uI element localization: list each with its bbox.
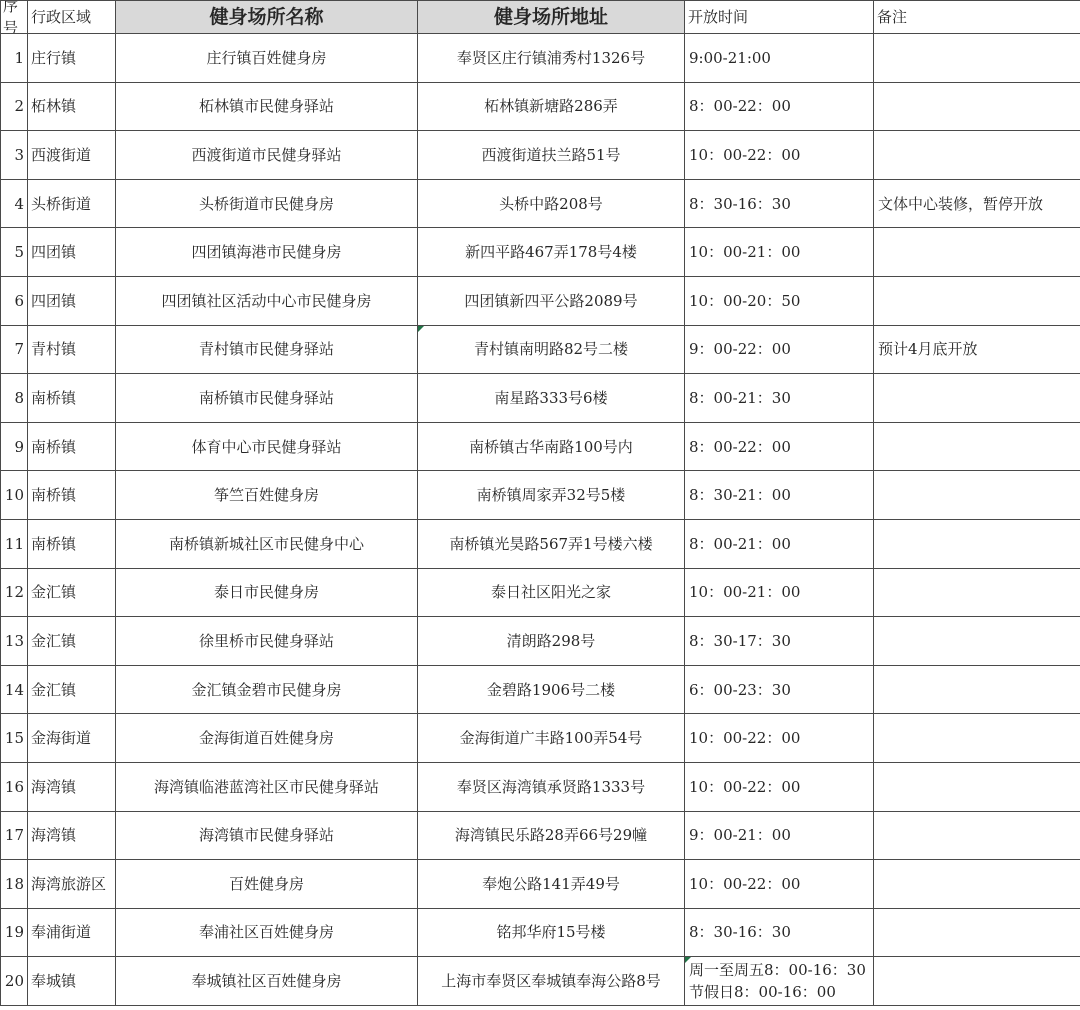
cell-text: 10：00-21：00: [689, 581, 800, 603]
cell-text: 金汇镇金碧市民健身房: [191, 679, 341, 701]
cell-text: 9: [14, 436, 24, 458]
cell-text: 百姓健身房: [229, 873, 304, 895]
cell-text: 8：00-22：00: [689, 95, 791, 117]
cell-text: 西渡街道市民健身驿站: [191, 144, 341, 166]
cell-text: 6：00-23：30: [689, 679, 791, 701]
cell-text: 柘林镇: [31, 95, 76, 117]
cell-address-row-7: 青村镇南明路82号二楼: [418, 326, 685, 375]
cell-text: 徐里桥市民健身驿站: [199, 630, 334, 652]
cell-text: 8：30-21：00: [689, 484, 791, 506]
cell-district-row-10: 南桥镇: [28, 471, 116, 520]
cell-num-row-6: 6: [1, 277, 28, 326]
cell-text: 南桥镇: [31, 533, 76, 555]
cell-address-row-15: 金海街道广丰路100弄54号: [418, 714, 685, 763]
cell-num-row-17: 17: [1, 812, 28, 861]
cell-remark-row-16: [874, 763, 1080, 812]
cell-remark-row-14: [874, 666, 1080, 715]
cell-text: 13: [5, 630, 24, 652]
cell-hours-row-11: 8：00-21：00: [685, 520, 874, 569]
cell-text: 头桥街道市民健身房: [199, 193, 334, 215]
cell-name-row-4: 头桥街道市民健身房: [116, 180, 418, 229]
cell-district-row-15: 金海街道: [28, 714, 116, 763]
cell-name-row-8: 南桥镇市民健身驿站: [116, 374, 418, 423]
cell-text: 四团镇: [31, 290, 76, 312]
cell-text: 上海市奉贤区奉城镇奉海公路8号: [441, 970, 661, 992]
cell-hours-row-14: 6：00-23：30: [685, 666, 874, 715]
cell-num-row-15: 15: [1, 714, 28, 763]
cell-remark-row-2: [874, 83, 1080, 132]
cell-remark-row-1: [874, 34, 1080, 83]
cell-text: 金海街道百姓健身房: [199, 727, 334, 749]
cell-name-row-18: 百姓健身房: [116, 860, 418, 909]
cell-text: 海湾镇市民健身驿站: [199, 824, 334, 846]
cell-hours-row-20: 周一至周五8：00-16：30节假日8：00-16：00: [685, 957, 874, 1006]
cell-text: 头桥街道: [31, 193, 91, 215]
cell-text: 金汇镇: [31, 581, 76, 603]
cell-text: 6: [14, 290, 24, 312]
cell-text: 14: [5, 679, 24, 701]
cell-hours-row-8: 8：00-21：30: [685, 374, 874, 423]
cell-hours-row-19: 8：30-16：30: [685, 909, 874, 958]
cell-text: 金汇镇: [31, 630, 76, 652]
cell-remark-row-9: [874, 423, 1080, 472]
cell-name-row-9: 体育中心市民健身驿站: [116, 423, 418, 472]
cell-name-row-17: 海湾镇市民健身驿站: [116, 812, 418, 861]
cell-num-row-5: 5: [1, 228, 28, 277]
cell-address-row-1: 奉贤区庄行镇浦秀村1326号: [418, 34, 685, 83]
cell-num-row-9: 9: [1, 423, 28, 472]
table-grid: 序号 行政区域 健身场所名称 健身场所地址 开放时间 备注 1庄行镇庄行镇百姓健…: [0, 0, 1080, 1006]
cell-address-row-9: 南桥镇古华南路100号内: [418, 423, 685, 472]
cell-text: 9:00-21:00: [689, 47, 771, 69]
cell-hours-row-12: 10：00-21：00: [685, 569, 874, 618]
cell-num-row-3: 3: [1, 131, 28, 180]
cell-address-row-16: 奉贤区海湾镇承贤路1333号: [418, 763, 685, 812]
cell-name-row-2: 柘林镇市民健身驿站: [116, 83, 418, 132]
cell-text: 1: [14, 47, 24, 69]
cell-hours-row-7: 9：00-22：00: [685, 326, 874, 375]
cell-district-row-18: 海湾旅游区: [28, 860, 116, 909]
cell-text: 19: [5, 921, 24, 943]
cell-address-row-12: 泰日社区阳光之家: [418, 569, 685, 618]
cell-hours-row-3: 10：00-22：00: [685, 131, 874, 180]
cell-address-row-17: 海湾镇民乐路28弄66号29幢: [418, 812, 685, 861]
cell-text: 南桥镇新城社区市民健身中心: [169, 533, 364, 555]
cell-address-row-3: 西渡街道扶兰路51号: [418, 131, 685, 180]
header-备注: 备注: [874, 1, 1080, 34]
header-label: 序号: [3, 1, 27, 34]
cell-num-row-7: 7: [1, 326, 28, 375]
cell-text: 四团镇新四平公路2089号: [464, 290, 637, 312]
cell-hours-row-6: 10：00-20：50: [685, 277, 874, 326]
comment-marker-icon: [418, 326, 424, 332]
cell-name-row-1: 庄行镇百姓健身房: [116, 34, 418, 83]
cell-text: 南桥镇光昊路567弄1号楼六楼: [449, 533, 652, 555]
cell-text: 四团镇: [31, 241, 76, 263]
cell-hours-row-15: 10：00-22：00: [685, 714, 874, 763]
cell-text: 16: [5, 776, 24, 798]
header-label: 备注: [877, 6, 907, 28]
cell-remark-row-7: 预计4月底开放: [874, 326, 1080, 375]
cell-district-row-12: 金汇镇: [28, 569, 116, 618]
cell-text: 奉浦社区百姓健身房: [199, 921, 334, 943]
cell-text: 奉城镇社区百姓健身房: [191, 970, 341, 992]
cell-num-row-16: 16: [1, 763, 28, 812]
cell-text: 青村镇市民健身驿站: [199, 338, 334, 360]
cell-text: 庄行镇百姓健身房: [206, 47, 326, 69]
cell-text: 南桥镇周家弄32号5楼: [477, 484, 626, 506]
cell-text: 头桥中路208号: [499, 193, 603, 215]
cell-name-row-7: 青村镇市民健身驿站: [116, 326, 418, 375]
cell-district-row-16: 海湾镇: [28, 763, 116, 812]
cell-district-row-20: 奉城镇: [28, 957, 116, 1006]
cell-name-row-15: 金海街道百姓健身房: [116, 714, 418, 763]
cell-text: 10：00-21：00: [689, 241, 800, 263]
cell-text: 南桥镇: [31, 436, 76, 458]
cell-text: 奉浦街道: [31, 921, 91, 943]
cell-text: 筝竺百姓健身房: [214, 484, 319, 506]
cell-text: 四团镇社区活动中心市民健身房: [161, 290, 371, 312]
cell-text: 海湾镇临港蓝湾社区市民健身驿站: [154, 776, 379, 798]
cell-name-row-20: 奉城镇社区百姓健身房: [116, 957, 418, 1006]
cell-remark-row-6: [874, 277, 1080, 326]
cell-address-row-11: 南桥镇光昊路567弄1号楼六楼: [418, 520, 685, 569]
cell-text: 9：00-22：00: [689, 338, 791, 360]
cell-address-row-14: 金碧路1906号二楼: [418, 666, 685, 715]
cell-remark-row-19: [874, 909, 1080, 958]
cell-num-row-4: 4: [1, 180, 28, 229]
cell-num-row-19: 19: [1, 909, 28, 958]
cell-address-row-4: 头桥中路208号: [418, 180, 685, 229]
cell-district-row-2: 柘林镇: [28, 83, 116, 132]
cell-text: 清朗路298号: [507, 630, 596, 652]
cell-remark-row-12: [874, 569, 1080, 618]
cell-text: 10：00-22：00: [689, 144, 800, 166]
cell-num-row-10: 10: [1, 471, 28, 520]
cell-text: 17: [5, 824, 24, 846]
cell-address-row-2: 柘林镇新塘路286弄: [418, 83, 685, 132]
cell-text: 8: [14, 387, 24, 409]
header-label: 健身场所地址: [494, 6, 608, 28]
cell-hours-row-4: 8：30-16：30: [685, 180, 874, 229]
cell-text: 预计4月底开放: [878, 338, 978, 360]
cell-text: 南星路333号6楼: [494, 387, 607, 409]
cell-hours-row-16: 10：00-22：00: [685, 763, 874, 812]
cell-text: 西渡街道: [31, 144, 91, 166]
cell-name-row-11: 南桥镇新城社区市民健身中心: [116, 520, 418, 569]
cell-district-row-4: 头桥街道: [28, 180, 116, 229]
cell-text: 体育中心市民健身驿站: [191, 436, 341, 458]
cell-hours-row-9: 8：00-22：00: [685, 423, 874, 472]
cell-text: 庄行镇: [31, 47, 76, 69]
cell-district-row-6: 四团镇: [28, 277, 116, 326]
cell-text: 金碧路1906号二楼: [487, 679, 615, 701]
cell-address-row-20: 上海市奉贤区奉城镇奉海公路8号: [418, 957, 685, 1006]
cell-district-row-8: 南桥镇: [28, 374, 116, 423]
cell-district-row-19: 奉浦街道: [28, 909, 116, 958]
cell-text: 奉贤区庄行镇浦秀村1326号: [457, 47, 645, 69]
cell-name-row-19: 奉浦社区百姓健身房: [116, 909, 418, 958]
cell-hours-row-10: 8：30-21：00: [685, 471, 874, 520]
cell-num-row-11: 11: [1, 520, 28, 569]
header-label: 行政区域: [31, 6, 91, 28]
cell-address-row-18: 奉炮公路141弄49号: [418, 860, 685, 909]
cell-remark-row-4: 文体中心装修，暂停开放: [874, 180, 1080, 229]
cell-name-row-3: 西渡街道市民健身驿站: [116, 131, 418, 180]
cell-text: 南桥镇: [31, 387, 76, 409]
cell-hours-row-18: 10：00-22：00: [685, 860, 874, 909]
cell-text: 5: [14, 241, 24, 263]
cell-address-row-13: 清朗路298号: [418, 617, 685, 666]
cell-text: 周一至周五8：00-16：30节假日8：00-16：00: [689, 959, 873, 1003]
cell-remark-row-10: [874, 471, 1080, 520]
cell-address-row-5: 新四平路467弄178号4楼: [418, 228, 685, 277]
cell-num-row-2: 2: [1, 83, 28, 132]
cell-district-row-11: 南桥镇: [28, 520, 116, 569]
cell-district-row-13: 金汇镇: [28, 617, 116, 666]
cell-num-row-20: 20: [1, 957, 28, 1006]
cell-text: 3: [14, 144, 24, 166]
cell-district-row-1: 庄行镇: [28, 34, 116, 83]
cell-text: 7: [14, 338, 24, 360]
cell-name-row-14: 金汇镇金碧市民健身房: [116, 666, 418, 715]
header-label: 健身场所名称: [209, 6, 323, 28]
cell-text: 柘林镇市民健身驿站: [199, 95, 334, 117]
cell-name-row-6: 四团镇社区活动中心市民健身房: [116, 277, 418, 326]
cell-text: 海湾镇民乐路28弄66号29幢: [455, 824, 647, 846]
cell-text: 金汇镇: [31, 679, 76, 701]
cell-text: 11: [5, 533, 24, 555]
cell-address-row-8: 南星路333号6楼: [418, 374, 685, 423]
cell-district-row-9: 南桥镇: [28, 423, 116, 472]
cell-text: 10：00-22：00: [689, 727, 800, 749]
cell-district-row-5: 四团镇: [28, 228, 116, 277]
cell-text: 15: [5, 727, 24, 749]
cell-text: 海湾镇: [31, 776, 76, 798]
cell-text: 9：00-21：00: [689, 824, 791, 846]
header-健身场所名称: 健身场所名称: [116, 1, 418, 34]
cell-remark-row-15: [874, 714, 1080, 763]
cell-remark-row-8: [874, 374, 1080, 423]
cell-hours-row-2: 8：00-22：00: [685, 83, 874, 132]
cell-text: 2: [14, 95, 24, 117]
cell-num-row-14: 14: [1, 666, 28, 715]
cell-remark-row-18: [874, 860, 1080, 909]
cell-text: 南桥镇古华南路100号内: [469, 436, 633, 458]
cell-name-row-13: 徐里桥市民健身驿站: [116, 617, 418, 666]
cell-name-row-16: 海湾镇临港蓝湾社区市民健身驿站: [116, 763, 418, 812]
header-行政区域: 行政区域: [28, 1, 116, 34]
cell-remark-row-20: [874, 957, 1080, 1006]
cell-text: 8：00-22：00: [689, 436, 791, 458]
cell-text: 8：30-16：30: [689, 193, 791, 215]
cell-text: 8：00-21：00: [689, 533, 791, 555]
cell-address-row-19: 铭邦华府15号楼: [418, 909, 685, 958]
cell-text: 四团镇海港市民健身房: [191, 241, 341, 263]
cell-hours-row-17: 9：00-21：00: [685, 812, 874, 861]
cell-text: 南桥镇: [31, 484, 76, 506]
cell-text: 文体中心装修，暂停开放: [878, 193, 1043, 215]
cell-text: 10：00-20：50: [689, 290, 800, 312]
cell-text: 铭邦华府15号楼: [496, 921, 605, 943]
cell-text: 海湾镇: [31, 824, 76, 846]
cell-text: 金海街道广丰路100弄54号: [460, 727, 643, 749]
cell-text: 青村镇: [31, 338, 76, 360]
cell-remark-row-13: [874, 617, 1080, 666]
header-开放时间: 开放时间: [685, 1, 874, 34]
cell-name-row-12: 泰日市民健身房: [116, 569, 418, 618]
cell-remark-row-17: [874, 812, 1080, 861]
cell-text: 10: [5, 484, 24, 506]
cell-text: 金海街道: [31, 727, 91, 749]
cell-text: 12: [5, 581, 24, 603]
comment-marker-icon: [685, 957, 691, 963]
cell-district-row-7: 青村镇: [28, 326, 116, 375]
cell-remark-row-11: [874, 520, 1080, 569]
header-label: 开放时间: [688, 6, 748, 28]
cell-text: 8：00-21：30: [689, 387, 791, 409]
cell-name-row-10: 筝竺百姓健身房: [116, 471, 418, 520]
cell-text: 8：30-16：30: [689, 921, 791, 943]
cell-text: 20: [5, 970, 24, 992]
cell-text: 奉城镇: [31, 970, 76, 992]
cell-remark-row-3: [874, 131, 1080, 180]
cell-hours-row-5: 10：00-21：00: [685, 228, 874, 277]
cell-text: 8：30-17：30: [689, 630, 791, 652]
cell-text: 青村镇南明路82号二楼: [474, 338, 628, 360]
cell-text: 海湾旅游区: [31, 873, 106, 895]
cell-num-row-12: 12: [1, 569, 28, 618]
cell-text: 奉贤区海湾镇承贤路1333号: [457, 776, 645, 798]
cell-text: 10：00-22：00: [689, 873, 800, 895]
cell-text: 西渡街道扶兰路51号: [481, 144, 620, 166]
cell-address-row-10: 南桥镇周家弄32号5楼: [418, 471, 685, 520]
cell-hours-row-1: 9:00-21:00: [685, 34, 874, 83]
cell-district-row-14: 金汇镇: [28, 666, 116, 715]
header-序号: 序号: [1, 1, 28, 34]
cell-text: 10：00-22：00: [689, 776, 800, 798]
cell-text: 4: [14, 193, 24, 215]
cell-district-row-3: 西渡街道: [28, 131, 116, 180]
cell-text: 18: [5, 873, 24, 895]
cell-remark-row-5: [874, 228, 1080, 277]
cell-name-row-5: 四团镇海港市民健身房: [116, 228, 418, 277]
cell-text: 南桥镇市民健身驿站: [199, 387, 334, 409]
cell-district-row-17: 海湾镇: [28, 812, 116, 861]
cell-hours-row-13: 8：30-17：30: [685, 617, 874, 666]
fitness-venues-table: 序号 行政区域 健身场所名称 健身场所地址 开放时间 备注 1庄行镇庄行镇百姓健…: [0, 0, 1080, 1006]
header-健身场所地址: 健身场所地址: [418, 1, 685, 34]
cell-text: 泰日社区阳光之家: [491, 581, 611, 603]
cell-num-row-8: 8: [1, 374, 28, 423]
cell-num-row-13: 13: [1, 617, 28, 666]
cell-num-row-1: 1: [1, 34, 28, 83]
cell-text: 新四平路467弄178号4楼: [465, 241, 637, 263]
cell-text: 奉炮公路141弄49号: [482, 873, 620, 895]
cell-address-row-6: 四团镇新四平公路2089号: [418, 277, 685, 326]
cell-text: 柘林镇新塘路286弄: [484, 95, 618, 117]
cell-num-row-18: 18: [1, 860, 28, 909]
cell-text: 泰日市民健身房: [214, 581, 319, 603]
